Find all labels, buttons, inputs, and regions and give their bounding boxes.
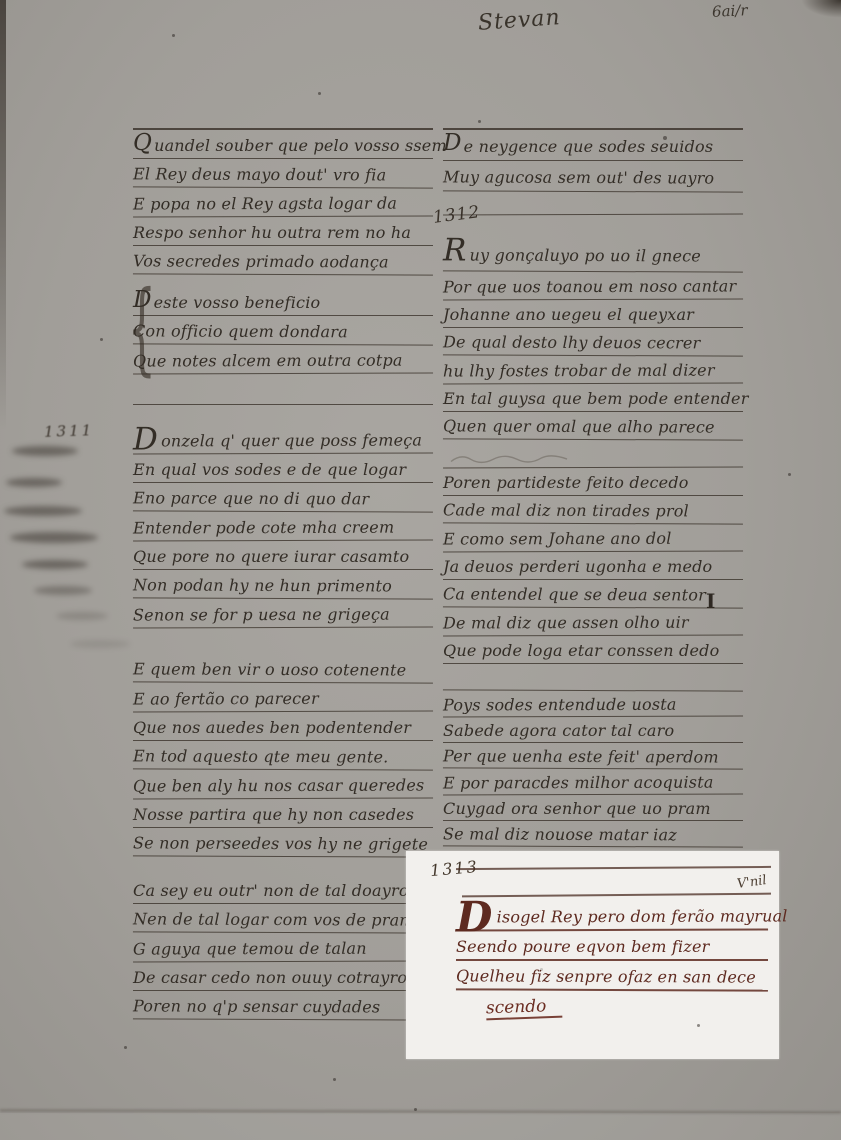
verse-line: E quem ben vir o uoso cotenente bbox=[133, 653, 433, 683]
verse-line: De mal diz que assen olho uir bbox=[443, 607, 743, 636]
highlight-verses: Disogel Rey pero dom ferão mayrual Seend… bbox=[456, 901, 768, 991]
verse-line: Cuygad ora senhor que uo pram bbox=[443, 795, 743, 821]
verse-line: Quen quer omal que alho parece bbox=[443, 411, 743, 440]
dust-speck bbox=[788, 473, 791, 476]
ruled-line-empty bbox=[443, 191, 743, 215]
left-text-column: Quandel souber que pelo vosso ssem El Re… bbox=[133, 128, 433, 1020]
dust-speck bbox=[414, 1108, 417, 1111]
verse-line: Ca sey eu outr' non de tal doayro bbox=[133, 875, 433, 904]
verse-line: Seendo poure eqvon bem fizer bbox=[456, 931, 768, 961]
verse-line: Quandel souber que pelo vosso ssem bbox=[133, 130, 433, 159]
verse-line: Disogel Rey pero dom ferão mayrual bbox=[456, 900, 768, 931]
ink-smudge bbox=[12, 446, 78, 456]
verse-line: Que notes alcem em outra cotpa bbox=[133, 344, 433, 374]
stanza-gap bbox=[133, 857, 433, 875]
verse-line: Que nos auedes ben podentender bbox=[133, 712, 433, 741]
verse-line: Vos secredes primado aodança bbox=[133, 245, 433, 275]
verse-line: Que pore no quere iurar casamto bbox=[133, 541, 433, 570]
verse-line: En tod aquesto qte meu gente. bbox=[133, 740, 433, 770]
manuscript-scan: Stevan 6ai/r 1311 1312 I { Quandel soube… bbox=[0, 0, 841, 1140]
verse-line: En qual vos sodes e de que logar bbox=[133, 454, 433, 483]
verse-line: Muy agucosa sem out' des uayro bbox=[443, 160, 743, 192]
dust-speck bbox=[172, 34, 175, 37]
verse-line: Per que uenha este feit' aperdom bbox=[443, 742, 743, 769]
corner-smudge bbox=[801, 0, 841, 18]
ink-smudge bbox=[6, 478, 62, 487]
verse-line: Respo senhor hu outra rem no ha bbox=[133, 217, 433, 246]
verse-line: De casar cedo non ouuy cotrayro bbox=[133, 962, 433, 991]
verse-line: De qual desto lhy deuos cecrer bbox=[443, 327, 743, 356]
verse-line: E por paracdes milhor acoquista bbox=[443, 768, 743, 795]
verse-line: Que pode loga etar conssen dedo bbox=[443, 636, 743, 664]
verse-line: Sabede agora cator tal caro bbox=[443, 717, 743, 743]
bottom-band bbox=[0, 1113, 841, 1140]
stanza-gap bbox=[133, 628, 433, 654]
right-text-column: De neygence que sodes seuidos Muy agucos… bbox=[443, 128, 743, 873]
verse-line: E popa no el Rey agsta logar da bbox=[133, 187, 433, 217]
verse-line: Que ben aly hu nos casar queredes bbox=[133, 769, 433, 799]
verse-line: Poren partideste feito decedo bbox=[443, 468, 743, 496]
ink-smudge bbox=[70, 640, 130, 648]
verse-line: Deste vosso beneficio bbox=[133, 287, 433, 316]
ruled-line-empty bbox=[133, 374, 433, 405]
ink-smudge bbox=[4, 506, 82, 516]
verse-line: hu lhy fostes trobar de mal dizer bbox=[443, 355, 743, 384]
verse-line: Johanne ano uegeu el queyxar bbox=[443, 300, 743, 328]
verse-line: Entender pode cote mha creem bbox=[133, 511, 433, 541]
margin-number-1311: 1311 bbox=[44, 421, 95, 441]
verse-line: Ca entendel que se deua sentor bbox=[443, 579, 743, 608]
ink-smudge bbox=[22, 560, 88, 569]
header-annotation: Stevan bbox=[477, 5, 561, 36]
verse-line: Se mal diz nouose matar iaz bbox=[443, 820, 743, 847]
verse-line: Donzela q' quer que poss femeça bbox=[133, 424, 433, 454]
dust-speck bbox=[540, 968, 543, 971]
verse-line: Ja deuos perderi ugonha e medo bbox=[443, 552, 743, 580]
ruled-line-empty bbox=[443, 439, 743, 468]
dust-speck bbox=[124, 1046, 127, 1049]
verse-line: Quelheu fiz senpre ofaz en san dece bbox=[456, 960, 768, 991]
verse-line: De neygence que sodes seuidos bbox=[443, 130, 743, 161]
verse-line: G aguya que temou de talan bbox=[133, 932, 433, 962]
verse-line: E como sem Johane ano dol bbox=[443, 523, 743, 552]
verse-line: Con officio quem dondara bbox=[133, 315, 433, 345]
verse-line: Nen de tal logar com vos de pram bbox=[133, 903, 433, 933]
verse-line: El Rey deus mayo dout' vro fia bbox=[133, 158, 433, 188]
page-edge-shadow bbox=[0, 0, 6, 430]
stanza-gap bbox=[133, 275, 433, 287]
verse-line: E ao fertão co parecer bbox=[133, 682, 433, 712]
ink-flourish bbox=[449, 453, 569, 465]
dust-speck bbox=[663, 136, 667, 140]
side-note: V'nil bbox=[736, 873, 767, 892]
folio-mark: 6ai/r bbox=[712, 1, 748, 21]
ink-smudge bbox=[34, 586, 92, 595]
dust-speck bbox=[318, 92, 321, 95]
verse-line: Cade mal diz non tirades prol bbox=[443, 495, 743, 524]
stanza-gap bbox=[443, 215, 743, 237]
dust-speck bbox=[100, 338, 103, 341]
verse-line: Poys sodes entendude uosta bbox=[443, 690, 743, 717]
scendo-note: scendo bbox=[486, 996, 563, 1021]
verse-line: Nosse partira que hy non casedes bbox=[133, 799, 433, 828]
ink-smudge bbox=[56, 612, 108, 620]
stanza-gap bbox=[133, 405, 433, 425]
ruled-line bbox=[462, 893, 771, 898]
verse-line: Por que uos toanou em noso cantar bbox=[443, 271, 743, 300]
verse-line: Poren no q'p sensar cuydades bbox=[133, 990, 433, 1020]
verse-line: Senon se for p uesa ne grigeça bbox=[133, 598, 433, 628]
ruled-line bbox=[456, 866, 771, 870]
verse-line: Non podan hy ne hun primento bbox=[133, 569, 433, 599]
dust-speck bbox=[697, 1024, 700, 1027]
dust-speck bbox=[333, 1078, 336, 1081]
ink-smudge bbox=[10, 532, 98, 543]
dust-speck bbox=[478, 120, 481, 123]
highlight-patch: 1313 V'nil Disogel Rey pero dom ferão ma… bbox=[406, 851, 779, 1059]
verse-line: Ruy gonçaluyo po uo il gnece bbox=[443, 236, 743, 272]
verse-line: Se non perseedes vos hy ne grigete bbox=[133, 827, 433, 857]
verse-line: En tal guysa que bem pode entender bbox=[443, 384, 743, 412]
ruled-line-empty bbox=[443, 663, 743, 691]
verse-line: Eno parce que no di quo dar bbox=[133, 482, 433, 512]
